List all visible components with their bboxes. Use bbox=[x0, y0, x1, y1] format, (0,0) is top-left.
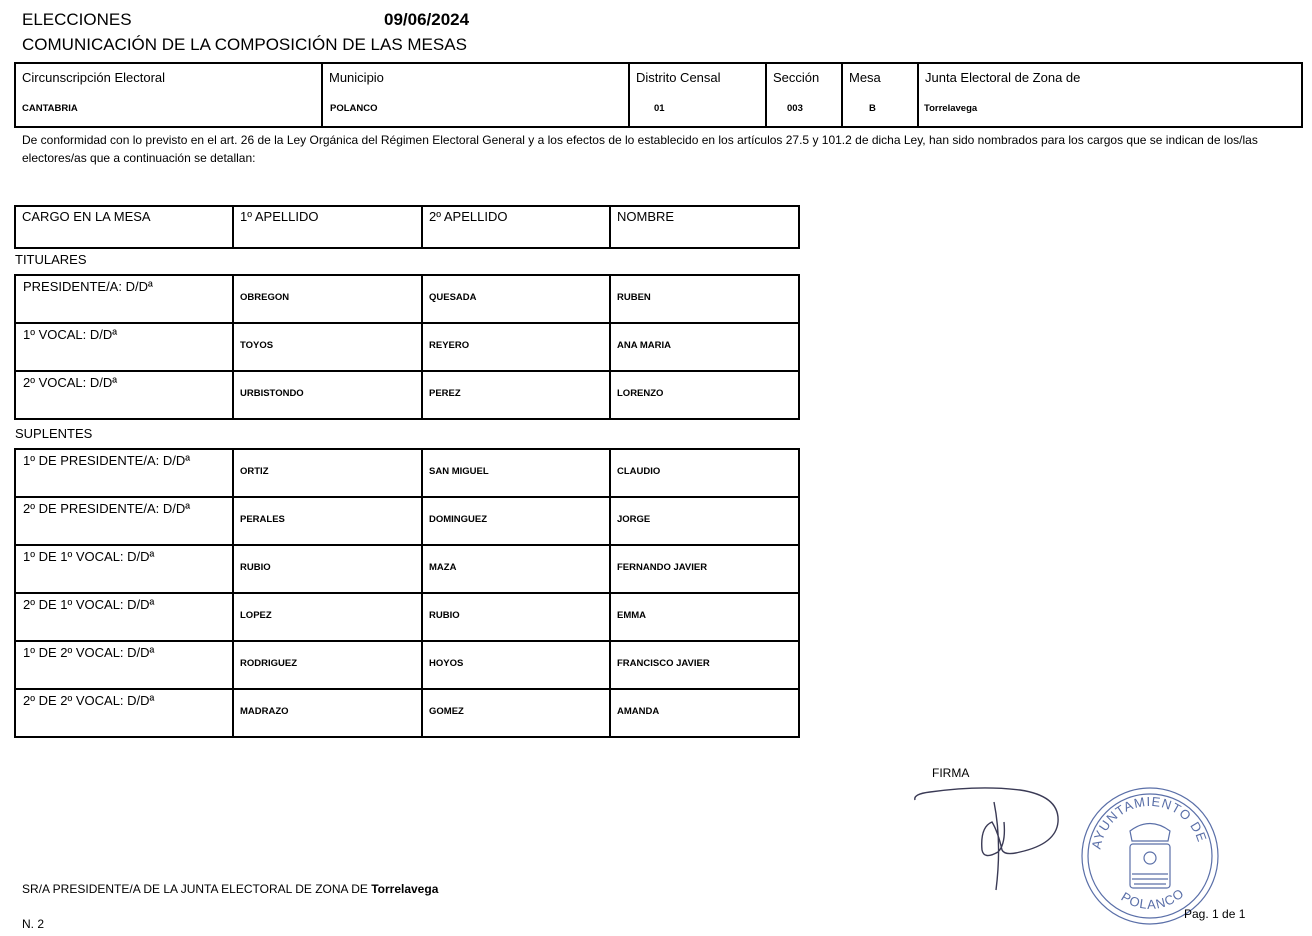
apellido1-value: RODRIGUEZ bbox=[240, 658, 297, 669]
svg-text:POLANCO: POLANCO bbox=[1119, 885, 1188, 912]
table-row: 1º VOCAL: D/DªTOYOSREYEROANA MARIA bbox=[15, 323, 799, 371]
stamp-bottom-text: POLANCO bbox=[1119, 885, 1188, 912]
circunscripcion-cell: Circunscripción Electoral CANTABRIA bbox=[16, 64, 323, 126]
document-subtitle: COMUNICACIÓN DE LA COMPOSICIÓN DE LAS ME… bbox=[22, 35, 467, 55]
nombre-value: AMANDA bbox=[617, 706, 659, 717]
apellido2-value: REYERO bbox=[429, 340, 469, 351]
nombre-value: ANA MARIA bbox=[617, 340, 671, 351]
signature-icon bbox=[910, 782, 1070, 897]
election-date: 09/06/2024 bbox=[384, 10, 469, 30]
apellido2-value: GOMEZ bbox=[429, 706, 464, 717]
table-row: 1º DE 1º VOCAL: D/DªRUBIOMAZAFERNANDO JA… bbox=[15, 545, 799, 593]
circunscripcion-value: CANTABRIA bbox=[22, 103, 78, 114]
nombre-value: EMMA bbox=[617, 610, 646, 621]
table-row: 1º DE PRESIDENTE/A: D/DªORTIZSAN MIGUELC… bbox=[15, 449, 799, 497]
nombre-value: RUBEN bbox=[617, 292, 651, 303]
apellido1-value: RUBIO bbox=[240, 562, 271, 573]
cargo-label: PRESIDENTE/A: D/Dª bbox=[23, 279, 153, 294]
mesa-label: Mesa bbox=[849, 70, 881, 85]
column-header-table: CARGO EN LA MESA 1º APELLIDO 2º APELLIDO… bbox=[14, 205, 800, 249]
apellido1-value: TOYOS bbox=[240, 340, 273, 351]
apellido1-value: OBREGON bbox=[240, 292, 289, 303]
cargo-label: 1º DE 2º VOCAL: D/Dª bbox=[23, 645, 154, 660]
distrito-cell: Distrito Censal 01 bbox=[630, 64, 767, 126]
junta-cell: Junta Electoral de Zona de Torrelavega bbox=[919, 64, 1301, 126]
table-row: PRESIDENTE/A: D/DªOBREGONQUESADARUBEN bbox=[15, 275, 799, 323]
apellido2-value: HOYOS bbox=[429, 658, 463, 669]
municipio-value: POLANCO bbox=[330, 103, 378, 114]
seccion-cell: Sección 003 bbox=[767, 64, 843, 126]
apellido1-value: ORTIZ bbox=[240, 466, 269, 477]
column-header-apellido2: 2º APELLIDO bbox=[429, 209, 507, 224]
election-title: ELECCIONES bbox=[22, 10, 132, 30]
table-row: 2º DE 1º VOCAL: D/DªLOPEZRUBIOEMMA bbox=[15, 593, 799, 641]
cargo-label: 1º DE PRESIDENTE/A: D/Dª bbox=[23, 453, 190, 468]
cargo-label: 1º DE 1º VOCAL: D/Dª bbox=[23, 549, 154, 564]
table-row: 2º VOCAL: D/DªURBISTONDOPEREZLORENZO bbox=[15, 371, 799, 419]
column-header-apellido1: 1º APELLIDO bbox=[240, 209, 318, 224]
junta-label: Junta Electoral de Zona de bbox=[925, 70, 1080, 85]
addressee-prefix: SR/A PRESIDENTE/A DE LA JUNTA ELECTORAL … bbox=[22, 882, 371, 896]
addressee-line: SR/A PRESIDENTE/A DE LA JUNTA ELECTORAL … bbox=[22, 882, 438, 896]
nombre-value: LORENZO bbox=[617, 388, 663, 399]
distrito-value: 01 bbox=[654, 103, 665, 114]
cargo-label: 2º DE PRESIDENTE/A: D/Dª bbox=[23, 501, 190, 516]
mesa-cell: Mesa B bbox=[843, 64, 919, 126]
junta-value: Torrelavega bbox=[924, 103, 977, 114]
firma-label: FIRMA bbox=[932, 766, 969, 780]
nombre-value: FERNANDO JAVIER bbox=[617, 562, 707, 573]
apellido2-value: QUESADA bbox=[429, 292, 477, 303]
municipio-label: Municipio bbox=[329, 70, 384, 85]
addressee-place: Torrelavega bbox=[371, 882, 438, 896]
nombre-value: FRANCISCO JAVIER bbox=[617, 658, 710, 669]
cargo-label: 2º VOCAL: D/Dª bbox=[23, 375, 117, 390]
apellido1-value: LOPEZ bbox=[240, 610, 272, 621]
page-indicator: Pag. 1 de 1 bbox=[1184, 907, 1245, 921]
apellido2-value: SAN MIGUEL bbox=[429, 466, 489, 477]
nombre-value: JORGE bbox=[617, 514, 650, 525]
seccion-label: Sección bbox=[773, 70, 819, 85]
cargo-label: 1º VOCAL: D/Dª bbox=[23, 327, 117, 342]
table-row: 1º DE 2º VOCAL: D/DªRODRIGUEZHOYOSFRANCI… bbox=[15, 641, 799, 689]
legal-paragraph: De conformidad con lo previsto en el art… bbox=[22, 131, 1282, 167]
titulares-heading: TITULARES bbox=[15, 252, 87, 267]
cargo-label: 2º DE 2º VOCAL: D/Dª bbox=[23, 693, 154, 708]
apellido2-value: PEREZ bbox=[429, 388, 461, 399]
apellido1-value: PERALES bbox=[240, 514, 285, 525]
distrito-label: Distrito Censal bbox=[636, 70, 721, 85]
table-row: 2º DE PRESIDENTE/A: D/DªPERALESDOMINGUEZ… bbox=[15, 497, 799, 545]
nombre-value: CLAUDIO bbox=[617, 466, 660, 477]
cargo-label: 2º DE 1º VOCAL: D/Dª bbox=[23, 597, 154, 612]
apellido2-value: MAZA bbox=[429, 562, 456, 573]
titulares-table: PRESIDENTE/A: D/DªOBREGONQUESADARUBEN1º … bbox=[14, 274, 800, 420]
seccion-value: 003 bbox=[787, 103, 803, 114]
circunscripcion-label: Circunscripción Electoral bbox=[22, 70, 165, 85]
apellido2-value: RUBIO bbox=[429, 610, 460, 621]
suplentes-heading: SUPLENTES bbox=[15, 426, 92, 441]
apellido2-value: DOMINGUEZ bbox=[429, 514, 487, 525]
table-row: 2º DE 2º VOCAL: D/DªMADRAZOGOMEZAMANDA bbox=[15, 689, 799, 737]
mesa-value: B bbox=[869, 103, 876, 114]
municipio-cell: Municipio POLANCO bbox=[323, 64, 630, 126]
ayuntamiento-stamp-icon: AYUNTAMIENTO DE POLANCO bbox=[1078, 786, 1223, 926]
apellido1-value: URBISTONDO bbox=[240, 388, 304, 399]
column-header-nombre: NOMBRE bbox=[617, 209, 674, 224]
suplentes-table: 1º DE PRESIDENTE/A: D/DªORTIZSAN MIGUELC… bbox=[14, 448, 800, 738]
column-header-cargo: CARGO EN LA MESA bbox=[22, 209, 151, 224]
apellido1-value: MADRAZO bbox=[240, 706, 289, 717]
document-number: N. 2 bbox=[22, 917, 44, 931]
mesa-info-table: Circunscripción Electoral CANTABRIA Muni… bbox=[14, 62, 1303, 128]
